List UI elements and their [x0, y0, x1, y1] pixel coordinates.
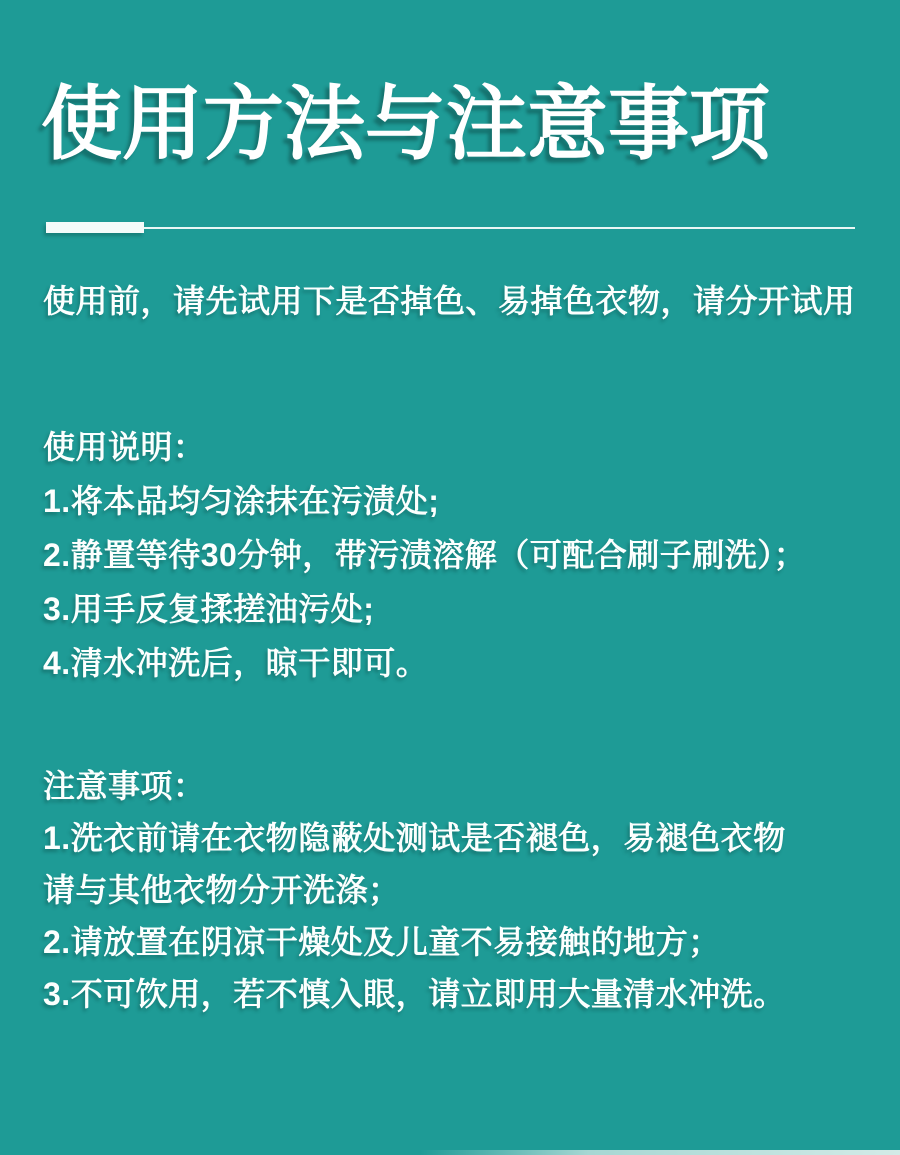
- product-instructions-page: 使用方法与注意事项 使用前，请先试用下是否掉色、易掉色衣物，请分开试用 使用说明…: [0, 0, 900, 1155]
- usage-heading: 使用说明：: [43, 420, 806, 474]
- precaution-line: 请与其他衣物分开洗涤；: [43, 864, 786, 916]
- usage-step: 2.静置等待30分钟，带污渍溶解（可配合刷子刷洗）；: [43, 528, 806, 582]
- bottom-edge-highlight-strip: [420, 1150, 900, 1155]
- precautions-heading: 注意事项：: [43, 760, 786, 812]
- usage-step: 4.清水冲洗后，晾干即可。: [43, 636, 806, 690]
- precaution-line: 3.不可饮用，若不慎入眼，请立即用大量清水冲洗。: [43, 968, 786, 1020]
- title-divider-thick-bar: [46, 222, 144, 233]
- title-divider-thin-line: [144, 227, 855, 229]
- precaution-line: 1.洗衣前请在衣物隐蔽处测试是否褪色，易褪色衣物: [43, 812, 786, 864]
- usage-instructions-section: 使用说明： 1.将本品均匀涂抹在污渍处; 2.静置等待30分钟，带污渍溶解（可配…: [43, 420, 806, 690]
- pre-use-warning-text: 使用前，请先试用下是否掉色、易掉色衣物，请分开试用: [43, 276, 856, 322]
- usage-step: 3.用手反复揉搓油污处;: [43, 582, 806, 636]
- page-title: 使用方法与注意事项: [41, 78, 770, 174]
- usage-step: 1.将本品均匀涂抹在污渍处;: [43, 474, 806, 528]
- precaution-line: 2.请放置在阴凉干燥处及儿童不易接触的地方；: [43, 916, 786, 968]
- precautions-section: 注意事项： 1.洗衣前请在衣物隐蔽处测试是否褪色，易褪色衣物 请与其他衣物分开洗…: [43, 760, 786, 1020]
